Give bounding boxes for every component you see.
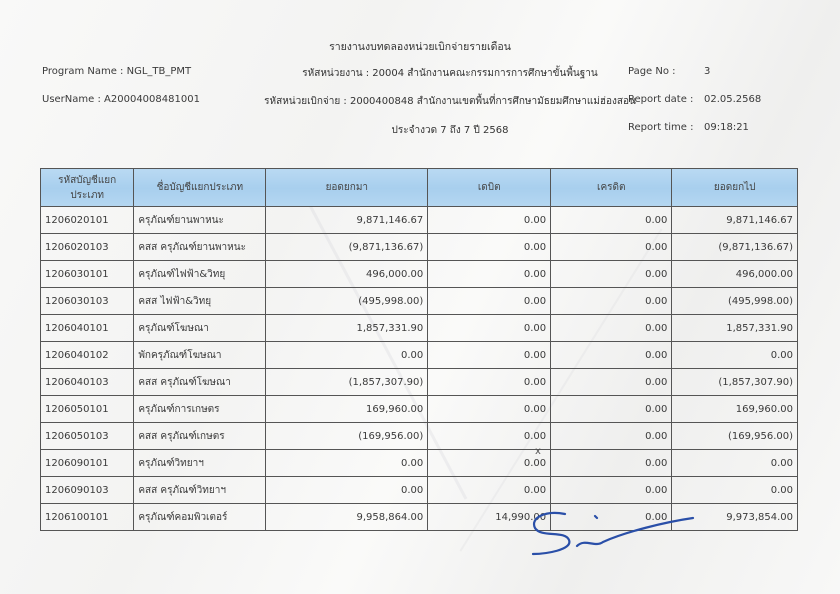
cell-closing-balance: (9,871,136.67) bbox=[672, 234, 798, 261]
cell-closing-balance: 9,871,146.67 bbox=[672, 207, 798, 234]
cell-credit: 0.00 bbox=[551, 396, 672, 423]
cell-account-name: คสส ครุภัณฑ์ยานพาหนะ bbox=[134, 234, 266, 261]
cell-account-code: 1206050101 bbox=[41, 396, 134, 423]
cell-credit: 0.00 bbox=[551, 477, 672, 504]
table-row: 1206100101ครุภัณฑ์คอมพิวเตอร์9,958,864.0… bbox=[41, 504, 798, 531]
cell-closing-balance: (1,857,307.90) bbox=[672, 369, 798, 396]
cell-closing-balance: 0.00 bbox=[672, 342, 798, 369]
table-row: 1206040101ครุภัณฑ์โฆษณา1,857,331.900.000… bbox=[41, 315, 798, 342]
program-name: Program Name : NGL_TB_PMT bbox=[42, 66, 191, 77]
header-closing-balance: ยอดยกไป bbox=[672, 169, 798, 207]
cell-account-name: ครุภัณฑ์คอมพิวเตอร์ bbox=[134, 504, 266, 531]
cell-opening-balance: 496,000.00 bbox=[266, 261, 428, 288]
cell-opening-balance: (9,871,136.67) bbox=[266, 234, 428, 261]
cell-opening-balance: 9,958,864.00 bbox=[266, 504, 428, 531]
page-no-value: 3 bbox=[704, 66, 710, 77]
cell-account-name: ครุภัณฑ์ยานพาหนะ bbox=[134, 207, 266, 234]
cell-account-code: 1206040103 bbox=[41, 369, 134, 396]
cell-debit: 0.00 bbox=[428, 450, 551, 477]
cell-closing-balance: (495,998.00) bbox=[672, 288, 798, 315]
cell-debit: 0.00 bbox=[428, 288, 551, 315]
cell-credit: 0.00 bbox=[551, 288, 672, 315]
cell-account-name: คสส ไฟฟ้า&วิทยุ bbox=[134, 288, 266, 315]
trial-balance-table: รหัสบัญชีแยกประเภท ชื่อบัญชีแยกประเภท ยอ… bbox=[40, 168, 798, 531]
table-row: 1206050103คสส ครุภัณฑ์เกษตร(169,956.00)0… bbox=[41, 423, 798, 450]
cell-account-name: ครุภัณฑ์ไฟฟ้า&วิทยุ bbox=[134, 261, 266, 288]
table-row: 1206020101ครุภัณฑ์ยานพาหนะ9,871,146.670.… bbox=[41, 207, 798, 234]
program-name-value: NGL_TB_PMT bbox=[127, 66, 192, 77]
program-name-label: Program Name : bbox=[42, 66, 123, 77]
table-header-row: รหัสบัญชีแยกประเภท ชื่อบัญชีแยกประเภท ยอ… bbox=[41, 169, 798, 207]
cell-opening-balance: 0.00 bbox=[266, 477, 428, 504]
cell-closing-balance: 0.00 bbox=[672, 477, 798, 504]
header-account-code: รหัสบัญชีแยกประเภท bbox=[41, 169, 134, 207]
cell-closing-balance: (169,956.00) bbox=[672, 423, 798, 450]
report-date-label: Report date : bbox=[628, 94, 693, 105]
cell-debit: 0.00 bbox=[428, 477, 551, 504]
username-label: UserName : bbox=[42, 94, 101, 105]
cell-account-code: 1206020101 bbox=[41, 207, 134, 234]
cell-opening-balance: 9,871,146.67 bbox=[266, 207, 428, 234]
cell-credit: 0.00 bbox=[551, 207, 672, 234]
header-credit: เครดิต bbox=[551, 169, 672, 207]
cell-closing-balance: 1,857,331.90 bbox=[672, 315, 798, 342]
cell-credit: 0.00 bbox=[551, 369, 672, 396]
cell-account-code: 1206090103 bbox=[41, 477, 134, 504]
report-time-label: Report time : bbox=[628, 122, 693, 133]
table-row: 1206020103คสส ครุภัณฑ์ยานพาหนะ(9,871,136… bbox=[41, 234, 798, 261]
table-row: 1206050101ครุภัณฑ์การเกษตร169,960.000.00… bbox=[41, 396, 798, 423]
cell-opening-balance: (495,998.00) bbox=[266, 288, 428, 315]
cell-account-name: ครุภัณฑ์การเกษตร bbox=[134, 396, 266, 423]
page-no-label: Page No : bbox=[628, 66, 676, 77]
table-row: 1206090103คสส ครุภัณฑ์วิทยาฯ0.000.000.00… bbox=[41, 477, 798, 504]
cell-debit: 0.00 bbox=[428, 369, 551, 396]
cell-opening-balance: 0.00 bbox=[266, 450, 428, 477]
cell-opening-balance: (1,857,307.90) bbox=[266, 369, 428, 396]
x-mark: x bbox=[535, 446, 541, 457]
cell-account-name: คสส ครุภัณฑ์เกษตร bbox=[134, 423, 266, 450]
table-row: 1206040102พักครุภัณฑ์โฆษณา0.000.000.000.… bbox=[41, 342, 798, 369]
cell-account-name: ครุภัณฑ์โฆษณา bbox=[134, 315, 266, 342]
header-debit: เดบิต bbox=[428, 169, 551, 207]
report-title: รายงานงบทดลองหน่วยเบิกจ่ายรายเดือน bbox=[0, 38, 840, 55]
username-value: A20004008481001 bbox=[104, 94, 200, 105]
cell-account-code: 1206100101 bbox=[41, 504, 134, 531]
cell-closing-balance: 496,000.00 bbox=[672, 261, 798, 288]
disbursing-unit-line: รหัสหน่วยเบิกจ่าย : 2000400848 สำนักงานเ… bbox=[220, 94, 680, 109]
cell-opening-balance: (169,956.00) bbox=[266, 423, 428, 450]
cell-credit: 0.00 bbox=[551, 504, 672, 531]
cell-account-code: 1206050103 bbox=[41, 423, 134, 450]
cell-credit: 0.00 bbox=[551, 423, 672, 450]
cell-account-code: 1206040102 bbox=[41, 342, 134, 369]
cell-account-code: 1206030103 bbox=[41, 288, 134, 315]
cell-credit: 0.00 bbox=[551, 450, 672, 477]
cell-account-name: ครุภัณฑ์วิทยาฯ bbox=[134, 450, 266, 477]
report-time-value: 09:18:21 bbox=[704, 122, 749, 133]
agency-line: รหัสหน่วยงาน : 20004 สำนักงานคณะกรรมการก… bbox=[220, 66, 680, 81]
cell-account-name: คสส ครุภัณฑ์วิทยาฯ bbox=[134, 477, 266, 504]
report-date-value: 02.05.2568 bbox=[704, 94, 761, 105]
cell-opening-balance: 1,857,331.90 bbox=[266, 315, 428, 342]
cell-debit: 0.00 bbox=[428, 396, 551, 423]
cell-credit: 0.00 bbox=[551, 342, 672, 369]
period-line: ประจำงวด 7 ถึง 7 ปี 2568 bbox=[220, 123, 680, 138]
cell-debit: 0.00 bbox=[428, 423, 551, 450]
cell-debit: 0.00 bbox=[428, 207, 551, 234]
header-account-name: ชื่อบัญชีแยกประเภท bbox=[134, 169, 266, 207]
table-row: 1206090101ครุภัณฑ์วิทยาฯ0.000.000.000.00 bbox=[41, 450, 798, 477]
cell-closing-balance: 169,960.00 bbox=[672, 396, 798, 423]
cell-debit: 0.00 bbox=[428, 261, 551, 288]
cell-account-name: พักครุภัณฑ์โฆษณา bbox=[134, 342, 266, 369]
cell-debit: 0.00 bbox=[428, 315, 551, 342]
cell-debit: 14,990.00 bbox=[428, 504, 551, 531]
table-row: 1206030103คสส ไฟฟ้า&วิทยุ(495,998.00)0.0… bbox=[41, 288, 798, 315]
cell-debit: 0.00 bbox=[428, 234, 551, 261]
username: UserName : A20004008481001 bbox=[42, 94, 200, 105]
scanned-page: รายงานงบทดลองหน่วยเบิกจ่ายรายเดือน Progr… bbox=[0, 0, 840, 594]
cell-account-name: คสส ครุภัณฑ์โฆษณา bbox=[134, 369, 266, 396]
cell-credit: 0.00 bbox=[551, 261, 672, 288]
cell-opening-balance: 169,960.00 bbox=[266, 396, 428, 423]
header-opening-balance: ยอดยกมา bbox=[266, 169, 428, 207]
cell-account-code: 1206030101 bbox=[41, 261, 134, 288]
cell-credit: 0.00 bbox=[551, 234, 672, 261]
table-row: 1206040103คสส ครุภัณฑ์โฆษณา(1,857,307.90… bbox=[41, 369, 798, 396]
cell-account-code: 1206040101 bbox=[41, 315, 134, 342]
cell-debit: 0.00 bbox=[428, 342, 551, 369]
cell-closing-balance: 0.00 bbox=[672, 450, 798, 477]
table-row: 1206030101ครุภัณฑ์ไฟฟ้า&วิทยุ496,000.000… bbox=[41, 261, 798, 288]
table-body: 1206020101ครุภัณฑ์ยานพาหนะ9,871,146.670.… bbox=[41, 207, 798, 531]
cell-closing-balance: 9,973,854.00 bbox=[672, 504, 798, 531]
cell-account-code: 1206090101 bbox=[41, 450, 134, 477]
cell-account-code: 1206020103 bbox=[41, 234, 134, 261]
cell-opening-balance: 0.00 bbox=[266, 342, 428, 369]
cell-credit: 0.00 bbox=[551, 315, 672, 342]
